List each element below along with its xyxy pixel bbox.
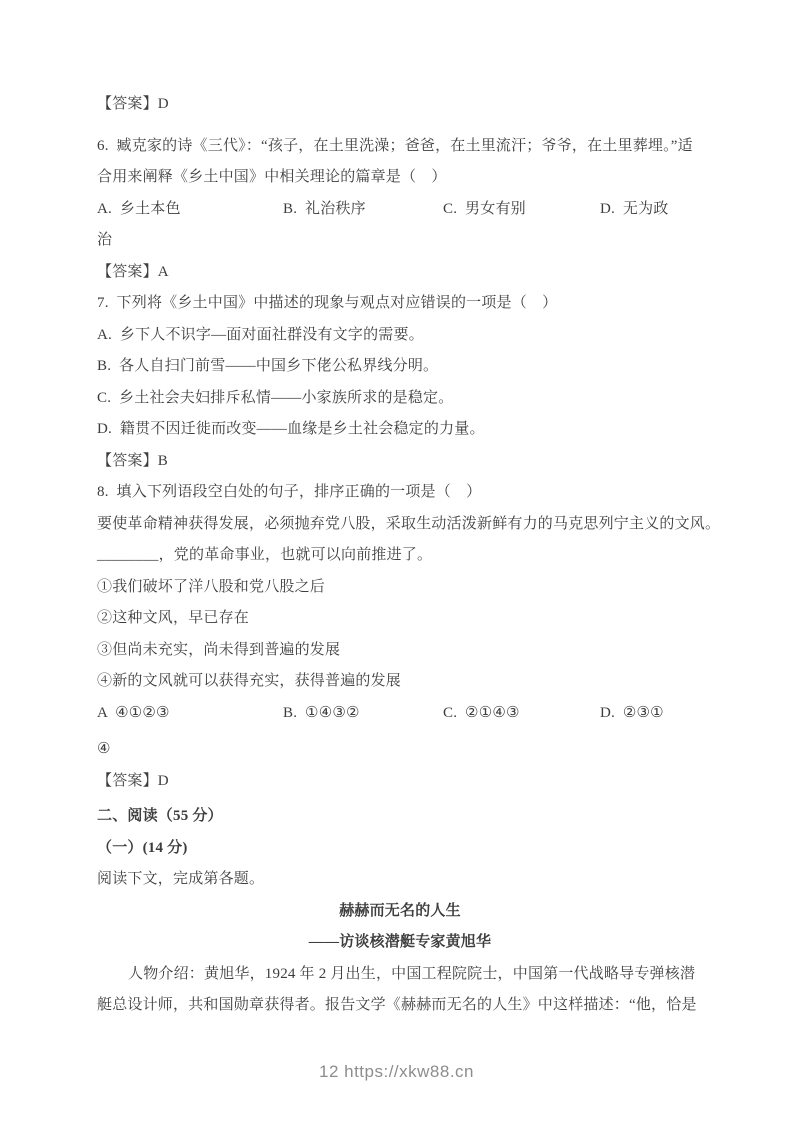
question-6-option-d-wrap: 治 — [97, 225, 703, 257]
answer-label-q7: 【答案】B — [97, 446, 703, 478]
section-2-instruction: 阅读下文，完成第各题。 — [97, 864, 703, 896]
exam-document-page: 【答案】D 6. 臧克家的诗《三代》：“孩子，在土里洗澡；爸爸，在土里流汗；爷爷… — [0, 0, 793, 1122]
reading-paragraph-line2: 艇总设计师，共和国勋章获得者。报告文学《赫赫而无名的人生》中这样描述：“他，恰是 — [97, 990, 703, 1022]
question-8-item-1: ①我们破坏了洋八股和党八股之后 — [97, 572, 703, 604]
question-6-options-row: A. 乡土本色 B. 礼治秩序 C. 男女有别 D. 无为政 — [97, 194, 703, 226]
question-8-option-d-wrap: ④ — [97, 734, 703, 766]
question-8-item-2: ②这种文风，早已存在 — [97, 603, 703, 635]
question-8-item-3: ③但尚未充实，尚未得到普遍的发展 — [97, 635, 703, 667]
question-8-option-a: A ④①②③ — [97, 698, 283, 730]
reading-subtitle: ——访谈核潜艇专家黄旭华 — [97, 927, 703, 959]
question-6-option-b: B. 礼治秩序 — [283, 194, 443, 226]
question-8-passage-line1: 要使革命精神获得发展，必须抛弃党八股，采取生动活泼新鲜有力的马克思列宁主义的文风… — [97, 509, 703, 541]
reading-paragraph-line1: 人物介绍：黄旭华，1924 年 2 月出生，中国工程院院士，中国第一代战略导专弹… — [97, 959, 703, 991]
answer-label-q8: 【答案】D — [97, 766, 703, 798]
question-7-stem: 7. 下列将《乡土中国》中描述的现象与观点对应错误的一项是（ ） — [97, 288, 703, 320]
question-8-option-b: B. ①④③② — [283, 698, 443, 730]
question-8-item-4: ④新的文风就可以获得充实，获得普遍的发展 — [97, 666, 703, 698]
question-6-stem-line2: 合用来阐释《乡土中国》中相关理论的篇章是（ ） — [97, 162, 703, 194]
question-7-option-c: C. 乡土社会夫妇排斥私情——小家族所求的是稳定。 — [97, 383, 703, 415]
question-8-passage-line2: ________，党的革命事业，也就可以向前推进了。 — [97, 540, 703, 572]
section-2-heading: 二、阅读（55 分） — [97, 801, 703, 833]
answer-label-q6: 【答案】A — [97, 257, 703, 289]
question-7-option-d: D. 籍贯不因迁徙而改变——血缘是乡土社会稳定的力量。 — [97, 414, 703, 446]
question-6-option-c: C. 男女有别 — [443, 194, 600, 226]
footer-page-number-and-url: 12 https://xkw88.cn — [319, 1062, 474, 1081]
question-6-option-d: D. 无为政 — [600, 194, 703, 226]
question-6-option-a: A. 乡土本色 — [97, 194, 283, 226]
question-8-stem: 8. 填入下列语段空白处的句子，排序正确的一项是（ ） — [97, 477, 703, 509]
page-footer: 12 https://xkw88.cn — [0, 1062, 793, 1082]
question-7-option-b: B. 各人自扫门前雪——中国乡下佬公私界线分明。 — [97, 351, 703, 383]
exam-content: 【答案】D 6. 臧克家的诗《三代》：“孩子，在土里洗澡；爸爸，在土里流汗；爷爷… — [97, 89, 703, 1022]
reading-title: 赫赫而无名的人生 — [97, 896, 703, 928]
question-7-option-a: A. 乡下人不识字—面对面社群没有文字的需要。 — [97, 320, 703, 352]
answer-label-q5: 【答案】D — [97, 89, 703, 121]
question-8-option-d: D. ②③① — [600, 698, 703, 730]
question-6-stem-line1: 6. 臧克家的诗《三代》：“孩子，在土里洗澡；爸爸，在土里流汗；爷爷，在土里葬埋… — [97, 131, 703, 163]
question-8-options-row: A ④①②③ B. ①④③② C. ②①④③ D. ②③① — [97, 698, 703, 730]
section-2-subheading: （一）(14 分) — [97, 833, 703, 865]
question-8-option-c: C. ②①④③ — [443, 698, 600, 730]
